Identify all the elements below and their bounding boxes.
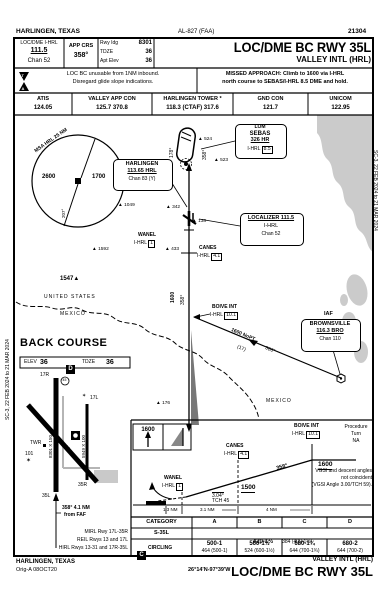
rwy-ldg-value: 8301 [128,40,152,46]
segment-altitude: 1600 [171,292,176,303]
vgsi-note-2: not coincident [292,476,372,481]
profile-wanel-dme: I-HRL 1 [162,483,183,491]
tower-label: HARLINGEN TOWER * [152,97,233,103]
faf-distance-note: 358° 4.1 NM [62,506,90,511]
sketch-elev-value: 36 [40,359,48,366]
lom-type: LOM [235,125,285,130]
united-states-label: UNITED STATES [44,295,96,300]
category-a: A [192,520,237,526]
straight-in-label: S-35L [131,531,192,537]
category-c: C [282,520,327,526]
loc-note-line1: LOC BC unusable from 1NM inbound. [34,72,192,78]
segment-course: 358° [181,295,186,305]
tdze-value: 36 [128,49,152,55]
loc-ident: LOC/DME I-HRL [15,41,63,46]
sketch-elev-label: ELEV [24,360,37,365]
reil-icon: ✶ [28,404,32,409]
obstacle-label: ▲ 342 [166,205,180,210]
header-chart-ref: AL-827 (FAA) [178,29,214,35]
sketch-tdze-label: TDZE [82,360,95,365]
wanel-fix-dme: I-HRL 1 [134,240,155,248]
rwy-ldg-label: Rwy Idg [100,41,118,46]
footer-city: HARLINGEN, TEXAS [16,559,75,565]
hold-inbound-course: 178° [170,148,175,158]
category-header: CATEGORY [131,520,192,526]
circling-radius-icon: C [137,544,146,561]
loc-frequency: 111.5 [15,47,63,54]
iaf-label: IAF [324,312,333,318]
canes-fix-name: CANES [199,246,217,251]
header-city: HARLINGEN, TEXAS [16,29,80,36]
circling-b-mda: 560-1½ [237,541,282,547]
gnd-con-freq: 121.7 [233,105,308,111]
mexico-label: MEXICO [60,312,86,317]
footer-version: Orig-A 08OCT20 [16,568,57,574]
wanel-fix-name: WANEL [138,233,156,238]
obstacle-label: ▲ 523 [214,158,228,163]
loc-channel: Chan 52 [15,58,63,64]
canes-fix-dme: I-HRL 4.1 [197,253,222,261]
header-chart-number: 21304 [348,29,366,36]
missed-approach-line2: north course to SEBAS/I-HRL 8.5 DME and … [198,80,372,86]
runway-35l-label: 35L [42,494,50,499]
profile-canes-dme: I-HRL 4.1 [224,451,249,459]
vgsi-note-3: (VGSI Angle 3.00/TCH 59). [292,483,372,488]
profile-distance-2: 3.1 NM [200,508,215,513]
profile-canes-name: CANES [226,444,244,449]
missed-approach-altitude: 1600 [133,427,163,433]
footer-procedure: LOC/DME BC RWY 35L [210,565,373,579]
hold-outbound-course: 358° [203,150,208,160]
footer-airport: VALLEY INTL (HRL) [240,557,373,564]
app-con-label: VALLEY APP CON [72,97,152,103]
procedure-turn-na-3: NA [340,439,372,444]
tower-label: TWR [30,441,41,446]
sketch-tdze-value: 36 [106,359,114,366]
profile-altitude-1500: 1500 [241,485,255,493]
spot-elevation: 1547▲ [60,276,79,282]
unicom-label: UNICOM [308,97,373,103]
runway-dimension-right: 5949 X 100 [82,435,87,458]
gnd-con-label: GND CON [233,97,308,103]
right-margin-note: SC-3, 22 FEB 2024 to 21 MAR 2024 [372,150,377,231]
brownsville-channel: Chan 110 [301,337,359,342]
procedure-turn-na-2: Turn [340,432,372,437]
vgsi-note-1: VGSI and descent angles [292,469,372,474]
profile-distance-3: 4 NM [266,508,277,513]
left-margin-note: SC-3, 22 FEB 2024 to 21 MAR 2024 [6,339,11,420]
circling-c-mda: 680-1¾ [282,541,327,547]
circling-d-mda: 680-2 [327,541,373,547]
profile-wanel-name: WANEL [164,476,182,481]
runway-17l-label: 17L [90,396,98,401]
takeoff-minimums-icon [19,72,29,81]
declared-distances-icon: D [66,358,75,375]
reil-icon: ✶ [82,394,86,399]
water-shape [317,115,373,252]
obstacle-label: ▲ 1049 [118,203,135,208]
localizer-channel: Chan 52 [240,232,302,237]
descent-tch: TCH 45 [212,499,229,504]
lom-freq: 326 HR [235,138,285,144]
msa-west-altitude: 2600 [42,174,55,180]
tower-freq: 118.3 (CTAF) 317.6 [152,105,233,111]
profile-boive-dme: I-HRL 10.1 [292,431,320,439]
localizer-id: I-HRL [240,224,302,230]
obstacle-label: ▲ 1592 [92,247,109,252]
vor-freq: 113.65 HRL [113,169,171,175]
airport-title: VALLEY INTL (HRL) [210,56,371,64]
tdze-label: TDZE [100,50,113,55]
brownsville-freq: 116.3 BRO [301,329,359,335]
atis-label: ATIS [14,97,72,103]
beacon-icon: ✶ [26,458,31,464]
circling-a-mda: 500-1 [192,541,237,547]
missed-approach-line1: MISSED APPROACH: Climb to 1600 via I-HRL [198,72,372,78]
circling-a-haa: 464 (500-1) [192,549,237,554]
unicom-freq: 122.95 [308,105,373,111]
approach-plate: SC-3, 22 FEB 2024 to 21 MAR 2024 SC-3, 2… [0,0,387,594]
category-d: D [327,520,373,526]
brownsville-name: BROWNSVILLE [301,322,359,328]
procedure-title: LOC/DME BC RWY 35L [223,40,371,55]
lighting-note: MIRL Rwy 17L-35R [28,530,128,535]
circling-d-haa: 644 (700-2) [327,549,373,554]
boive-fix-name: BOIVE INT [212,305,237,310]
profile-distance-1: 1.3 NM [163,508,178,513]
apt-elev-value: 36 [128,58,152,64]
faf-distance-note2: from FAF [64,513,86,518]
boive-fix-dme: I-HRL 10.1 [210,312,238,320]
app-crs-value: 358° [64,52,98,59]
lighting-note: HIRL Rwys 13-31 and 17R-35L [28,546,128,551]
apt-elev-label: Apt Elev [100,59,119,64]
runway-35r-label: 35R [78,483,87,488]
vor-channel: Chan 83 (Y) [113,177,171,182]
circling-label: CIRCLING [148,546,172,551]
loc-note-line2: Disregard glide slope indications. [34,80,192,86]
mexico-label: MEXICO [266,399,292,404]
procedure-turn-na-1: Procedure [340,425,372,430]
runway-17r-label: 17R [40,373,49,378]
msa-sector-bearing: 207° [62,209,67,218]
lom-dme: I-HRL 8.5 [235,146,285,154]
obstacle-label: ▲ 524 [198,137,212,142]
atis-freq: 124.05 [14,105,72,111]
circling-b-haa: 524 (600-1½) [237,549,282,554]
app-crs-label: APP CRS [64,44,98,50]
app-con-freq: 125.7 370.8 [72,105,152,111]
obstacle-label: ▲ 433 [165,247,179,252]
circling-c-haa: 644 (700-1¾) [282,549,327,554]
obstacle-label: ▲ 138 [192,219,206,224]
obstacle-label: ▲ 176 [156,401,170,406]
vor-name: HARLINGEN [113,162,171,168]
obstacle-45-label: 45 [63,379,67,383]
msa-east-altitude: 1700 [92,174,105,180]
localizer-title: LOCALIZER 111.5 [240,216,302,222]
profile-boive-name: BOIVE INT [294,424,319,429]
back-course-title: BACK COURSE [20,338,107,350]
beacon-value: 101 [25,452,33,457]
category-b: B [237,520,282,526]
lighting-note: REIL Rwys 13 and 17L [28,538,128,543]
